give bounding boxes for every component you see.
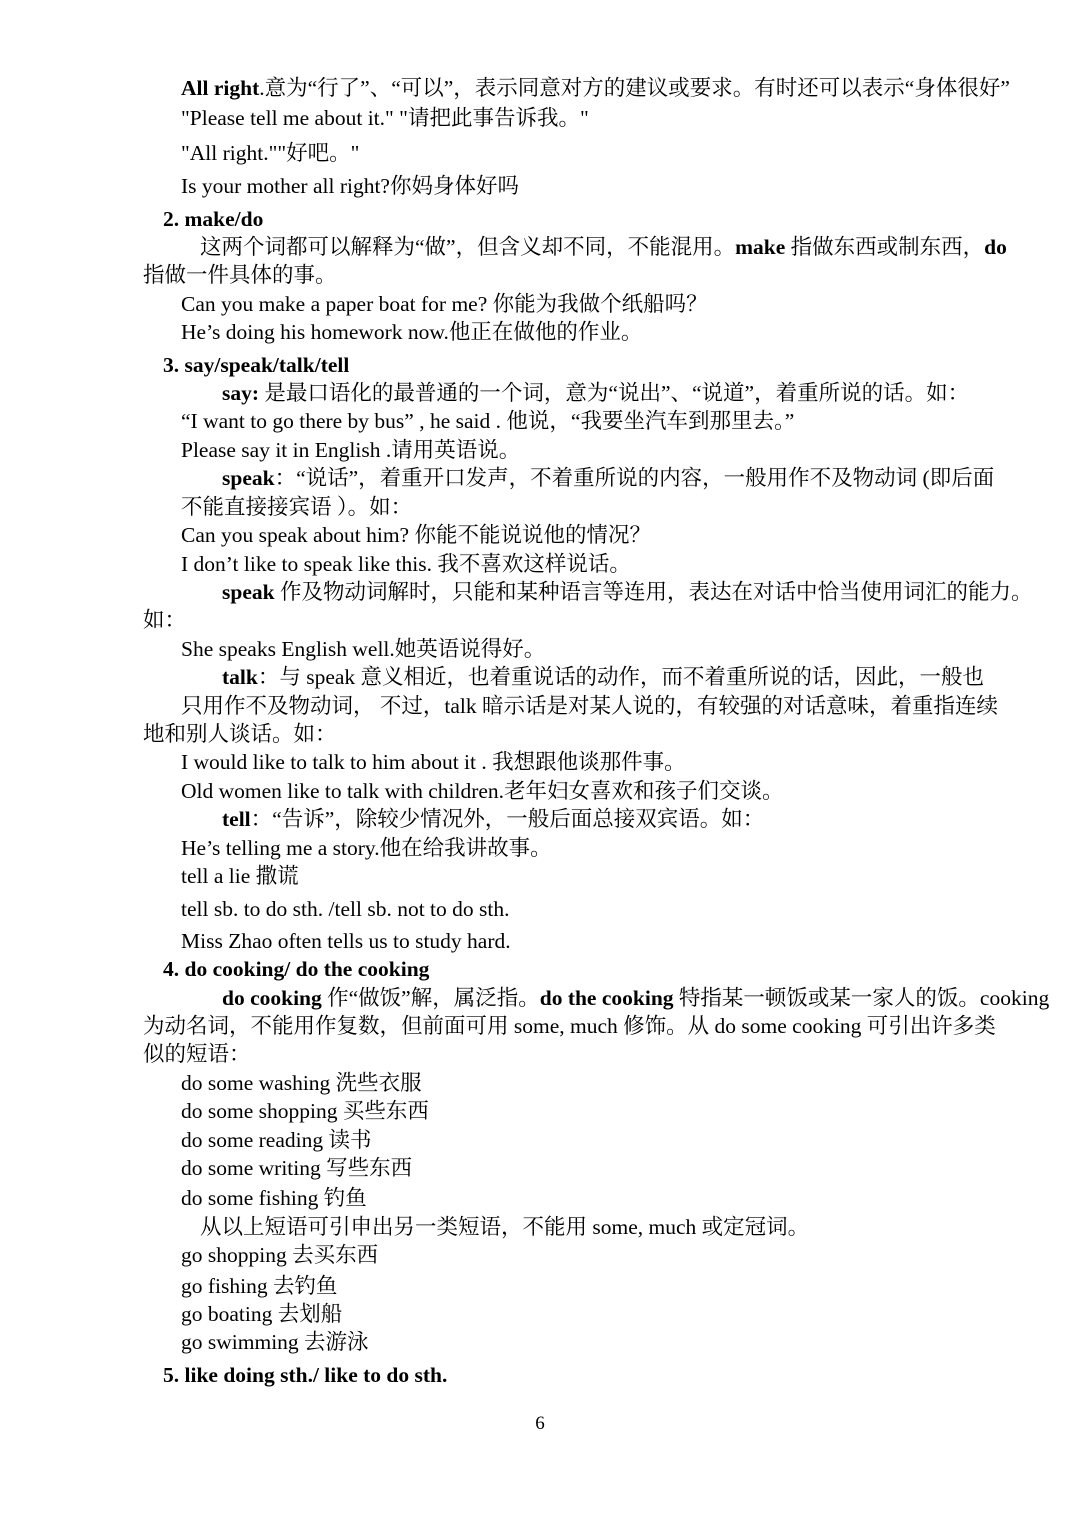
text-segment: Please say it in English .请用英语说。 bbox=[181, 438, 520, 462]
text-line: Miss Zhao often tells us to study hard. bbox=[181, 927, 948, 955]
text-segment: She speaks English well.她英语说得好。 bbox=[181, 637, 545, 661]
text-line: speak：“说话”，着重开口发声，不着重所说的内容，一般用作不及物动词 (即后… bbox=[222, 464, 948, 492]
bold-text-segment: speak bbox=[222, 580, 275, 604]
bold-text-segment: tell bbox=[222, 807, 251, 831]
text-segment: go shopping 去买东西 bbox=[181, 1243, 378, 1267]
text-line: 这两个词都可以解释为“做”，但含义却不同，不能混用。make 指做东西或制东西，… bbox=[200, 233, 948, 261]
text-line: 指做一件具体的事。 bbox=[143, 261, 948, 289]
text-line: 4. do cooking/ do the cooking bbox=[163, 955, 948, 983]
bold-text-segment: do cooking bbox=[222, 986, 322, 1010]
page-number: 6 bbox=[0, 1413, 1080, 1435]
bold-text-segment: 4. do cooking/ do the cooking bbox=[163, 957, 429, 981]
text-segment: do some reading 读书 bbox=[181, 1128, 371, 1152]
bold-text-segment: do bbox=[984, 235, 1007, 259]
text-line: do some reading 读书 bbox=[181, 1126, 948, 1154]
text-line: do cooking 作“做饭”解，属泛指。do the cooking 特指某… bbox=[222, 984, 948, 1012]
text-segment: 这两个词都可以解释为“做”，但含义却不同，不能混用。 bbox=[200, 235, 735, 259]
text-line: tell sb. to do sth. /tell sb. not to do … bbox=[181, 895, 948, 923]
text-line: "All right.""好吧。" bbox=[181, 139, 948, 167]
text-segment: ：“说话”，着重开口发声，不着重所说的内容，一般用作不及物动词 (即后面 bbox=[275, 466, 995, 490]
text-line: 从以上短语可引申出另一类短语，不能用 some, much 或定冠词。 bbox=[200, 1213, 948, 1241]
text-line: 3. say/speak/talk/tell bbox=[163, 351, 948, 379]
text-segment: tell sb. to do sth. /tell sb. not to do … bbox=[181, 897, 509, 921]
bold-text-segment: 3. say/speak/talk/tell bbox=[163, 353, 349, 377]
document-page: All right.意为“行了”、“可以”，表示同意对方的建议或要求。有时还可以… bbox=[0, 0, 1080, 1527]
text-segment: Is your mother all right?你妈身体好吗 bbox=[181, 174, 519, 198]
text-segment: 作及物动词解时，只能和某种语言等连用，表达在对话中恰当使用词汇的能力。 bbox=[275, 580, 1033, 604]
text-segment: 指做东西或制东西， bbox=[785, 235, 984, 259]
document-content: All right.意为“行了”、“可以”，表示同意对方的建议或要求。有时还可以… bbox=[143, 74, 948, 1389]
text-line: 似的短语： bbox=[143, 1040, 948, 1068]
text-segment: 不能直接接宾语 ）。如： bbox=[181, 495, 412, 519]
text-segment: 指做一件具体的事。 bbox=[143, 263, 337, 287]
text-segment: 如： bbox=[143, 608, 186, 632]
text-line: speak 作及物动词解时，只能和某种语言等连用，表达在对话中恰当使用词汇的能力… bbox=[222, 578, 948, 606]
text-line: 只用作不及物动词， 不过，talk 暗示话是对某人说的，有较强的对话意味，着重指… bbox=[181, 692, 948, 720]
text-segment: 是最口语化的最普通的一个词，意为“说出”、“说道”，着重所说的话。如： bbox=[259, 381, 969, 405]
text-segment: do some fishing 钓鱼 bbox=[181, 1186, 367, 1210]
text-line: I don’t like to speak like this. 我不喜欢这样说… bbox=[181, 550, 948, 578]
text-segment: Old women like to talk with children.老年妇… bbox=[181, 779, 784, 803]
text-segment: 似的短语： bbox=[143, 1042, 251, 1066]
text-line: go boating 去划船 bbox=[181, 1300, 948, 1328]
bold-text-segment: say: bbox=[222, 381, 259, 405]
text-line: go swimming 去游泳 bbox=[181, 1328, 948, 1356]
text-segment: .意为“行了”、“可以”，表示同意对方的建议或要求。有时还可以表示“身体很好” bbox=[259, 76, 1010, 100]
text-segment: He’s telling me a story.他在给我讲故事。 bbox=[181, 836, 552, 860]
bold-text-segment: do the cooking bbox=[540, 986, 674, 1010]
text-line: do some shopping 买些东西 bbox=[181, 1097, 948, 1125]
text-line: He’s doing his homework now.他正在做他的作业。 bbox=[181, 318, 948, 346]
text-line: 如： bbox=[143, 606, 948, 634]
text-segment: 为动名词，不能用作复数，但前面可用 some, much 修饰。从 do som… bbox=[143, 1014, 996, 1038]
text-line: tell a lie 撒谎 bbox=[181, 862, 948, 890]
text-segment: 地和别人谈话。如： bbox=[143, 722, 337, 746]
text-segment: go fishing 去钓鱼 bbox=[181, 1274, 337, 1298]
text-line: Old women like to talk with children.老年妇… bbox=[181, 777, 948, 805]
text-segment: Can you speak about him? 你能不能说说他的情况？ bbox=[181, 523, 651, 547]
bold-text-segment: talk bbox=[222, 665, 258, 689]
text-segment: do some writing 写些东西 bbox=[181, 1156, 412, 1180]
text-line: Can you speak about him? 你能不能说说他的情况？ bbox=[181, 521, 948, 549]
text-segment: He’s doing his homework now.他正在做他的作业。 bbox=[181, 320, 642, 344]
text-segment: “I want to go there by bus” , he said . … bbox=[181, 409, 794, 433]
text-line: tell：“告诉”，除较少情况外，一般后面总接双宾语。如： bbox=[222, 805, 948, 833]
bold-text-segment: 5. like doing sth./ like to do sth. bbox=[163, 1363, 447, 1387]
text-line: do some writing 写些东西 bbox=[181, 1154, 948, 1182]
text-line: 为动名词，不能用作复数，但前面可用 some, much 修饰。从 do som… bbox=[143, 1012, 948, 1040]
text-segment: 只用作不及物动词， 不过，talk 暗示话是对某人说的，有较强的对话意味，着重指… bbox=[181, 694, 998, 718]
text-segment: I would like to talk to him about it . 我… bbox=[181, 750, 686, 774]
text-segment: tell a lie 撒谎 bbox=[181, 864, 299, 888]
bold-text-segment: make bbox=[735, 235, 785, 259]
text-segment: do some washing 洗些衣服 bbox=[181, 1071, 422, 1095]
text-segment: go boating 去划船 bbox=[181, 1302, 342, 1326]
text-line: do some washing 洗些衣服 bbox=[181, 1069, 948, 1097]
text-segment: do some shopping 买些东西 bbox=[181, 1099, 429, 1123]
text-segment: ：“告诉”，除较少情况外，一般后面总接双宾语。如： bbox=[251, 807, 765, 831]
text-line: She speaks English well.她英语说得好。 bbox=[181, 635, 948, 663]
text-line: "Please tell me about it." "请把此事告诉我。" bbox=[181, 104, 948, 132]
text-line: 2. make/do bbox=[163, 205, 948, 233]
text-segment: "Please tell me about it." "请把此事告诉我。" bbox=[181, 106, 589, 130]
text-segment: ：与 speak 意义相近，也着重说话的动作，而不着重所说的话，因此，一般也 bbox=[258, 665, 984, 689]
text-segment: "All right.""好吧。" bbox=[181, 141, 359, 165]
text-line: All right.意为“行了”、“可以”，表示同意对方的建议或要求。有时还可以… bbox=[181, 74, 948, 102]
text-segment: go swimming 去游泳 bbox=[181, 1330, 369, 1354]
text-line: talk：与 speak 意义相近，也着重说话的动作，而不着重所说的话，因此，一… bbox=[222, 663, 948, 691]
bold-text-segment: 2. make/do bbox=[163, 207, 263, 231]
text-line: He’s telling me a story.他在给我讲故事。 bbox=[181, 834, 948, 862]
text-line: Is your mother all right?你妈身体好吗 bbox=[181, 172, 948, 200]
text-segment: 特指某一顿饭或某一家人的饭。cooking bbox=[674, 986, 1050, 1010]
text-segment: Can you make a paper boat for me? 你能为我做个… bbox=[181, 292, 708, 316]
text-segment: 从以上短语可引申出另一类短语，不能用 some, much 或定冠词。 bbox=[200, 1215, 809, 1239]
text-segment: 作“做饭”解，属泛指。 bbox=[322, 986, 540, 1010]
text-line: do some fishing 钓鱼 bbox=[181, 1184, 948, 1212]
text-line: say: 是最口语化的最普通的一个词，意为“说出”、“说道”，着重所说的话。如： bbox=[222, 379, 948, 407]
text-line: 不能直接接宾语 ）。如： bbox=[181, 493, 948, 521]
text-line: Please say it in English .请用英语说。 bbox=[181, 436, 948, 464]
text-line: go fishing 去钓鱼 bbox=[181, 1272, 948, 1300]
text-line: 5. like doing sth./ like to do sth. bbox=[163, 1361, 948, 1389]
bold-text-segment: All right bbox=[181, 76, 259, 100]
text-line: go shopping 去买东西 bbox=[181, 1241, 948, 1269]
text-line: I would like to talk to him about it . 我… bbox=[181, 748, 948, 776]
text-line: Can you make a paper boat for me? 你能为我做个… bbox=[181, 290, 948, 318]
bold-text-segment: speak bbox=[222, 466, 275, 490]
text-segment: I don’t like to speak like this. 我不喜欢这样说… bbox=[181, 552, 631, 576]
text-line: “I want to go there by bus” , he said . … bbox=[181, 407, 948, 435]
text-line: 地和别人谈话。如： bbox=[143, 720, 948, 748]
text-segment: Miss Zhao often tells us to study hard. bbox=[181, 929, 511, 953]
